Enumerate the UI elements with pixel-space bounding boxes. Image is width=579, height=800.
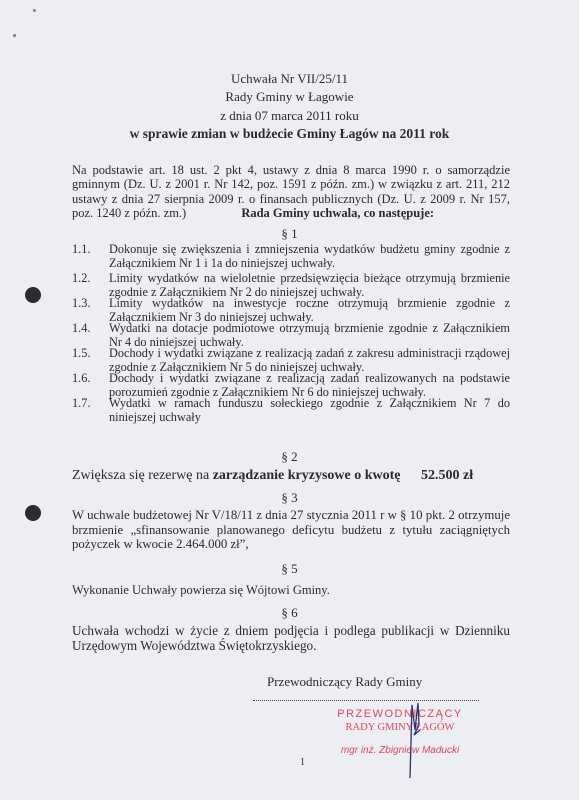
punch-hole — [25, 287, 41, 303]
preamble: Na podstawie art. 18 ust. 2 pkt 4, ustaw… — [72, 163, 510, 220]
section-5-text: Wykonanie Uchwały powierza się Wójtowi G… — [72, 583, 330, 598]
handwritten-signature — [405, 700, 425, 780]
stamp-council: RADY GMINY ŁAGÓW — [330, 722, 470, 733]
section-1-heading: § 1 — [0, 226, 579, 242]
section-6-heading: § 6 — [0, 605, 579, 621]
page-number: 1 — [300, 757, 305, 768]
resolution-date: z dnia 07 marca 2011 roku — [0, 108, 579, 124]
resolution-title: w sprawie zmian w budżecie Gminy Łagów n… — [0, 126, 579, 142]
council-name: Rady Gminy w Łagowie — [0, 89, 579, 105]
list-item: 1.7.Wydatki w ramach funduszu sołeckiego… — [72, 396, 510, 424]
section-3-heading: § 3 — [0, 490, 579, 506]
section-6-text: Uchwała wchodzi w życie z dniem podjęcia… — [72, 623, 510, 653]
scan-speck — [33, 9, 36, 12]
stamp-title: PRZEWODNICZĄCY — [330, 708, 470, 720]
signature-label: Przewodniczący Rady Gminy — [267, 674, 422, 690]
section-2-text: Zwiększa się rezerwę na zarządzanie kryz… — [72, 468, 401, 484]
resolves-statement: Rada Gminy uchwala, co następuje: — [241, 206, 434, 220]
stamp-name: mgr inż. Zbigniew Maducki — [320, 745, 480, 756]
section-2-heading: § 2 — [0, 449, 579, 465]
resolution-number: Uchwała Nr VII/25/11 — [0, 71, 579, 87]
section-5-heading: § 5 — [0, 561, 579, 577]
document-page: Uchwała Nr VII/25/11 Rady Gminy w Łagowi… — [0, 0, 579, 800]
reserve-amount: 52.500 zł — [421, 468, 473, 484]
signature-line — [253, 700, 479, 701]
section-3-text: W uchwale budżetowej Nr V/18/11 z dnia 2… — [72, 508, 510, 552]
punch-hole — [25, 505, 41, 521]
scan-speck — [13, 34, 16, 37]
list-item: 1.1.Dokonuje się zwiększenia i zmniejsze… — [72, 242, 510, 270]
